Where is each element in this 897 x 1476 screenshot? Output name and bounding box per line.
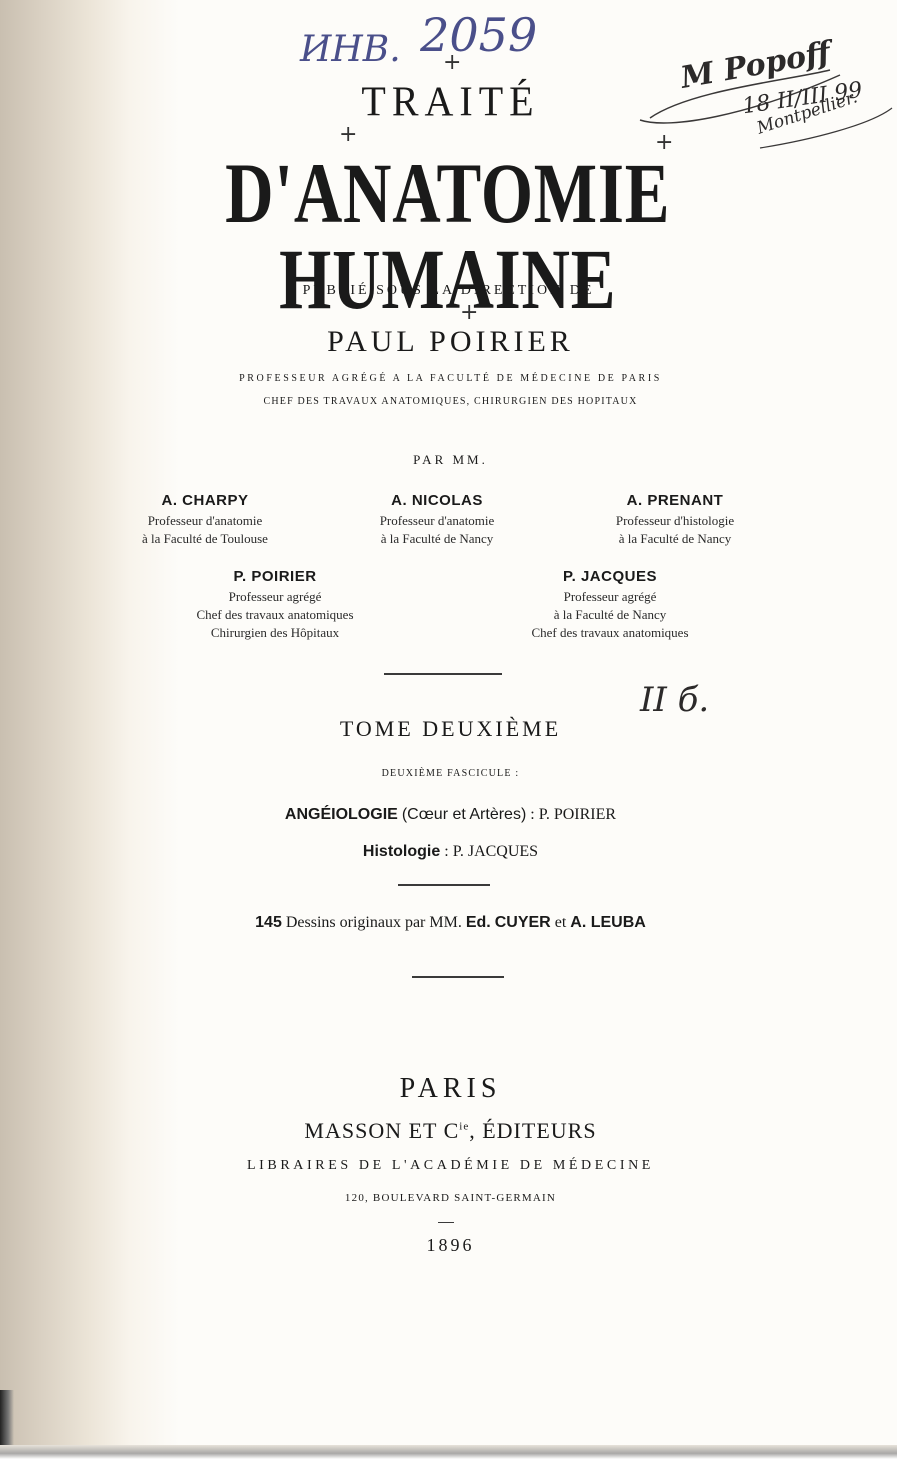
author-role: Professeur d'anatomie xyxy=(307,512,567,530)
artist2-name: A. LEUBA xyxy=(570,914,646,931)
fascicule-label: DEUXIÈME FASCICULE : xyxy=(4,768,897,779)
author-role: à la Faculté de Nancy xyxy=(307,530,567,548)
author-name: P. POIRIER xyxy=(145,566,405,588)
author-name: P. JACQUES xyxy=(480,566,740,588)
inventory-label: ИНВ. xyxy=(300,29,401,70)
inventory-annotation: ИНВ. 2059 xyxy=(300,18,537,72)
volume-annotation: II б. xyxy=(640,680,709,720)
imprint-publisher: MASSON ET Cie, ÉDITEURS xyxy=(4,1118,897,1144)
imprint-year: 1896 xyxy=(4,1235,897,1256)
author-role: à la Faculté de Nancy xyxy=(545,530,805,548)
author-role: Chef des travaux anatomiques xyxy=(145,606,405,624)
spine-shadow xyxy=(0,1390,14,1450)
inventory-number: 2059 xyxy=(420,8,537,62)
tome-heading: TOME DEUXIÈME xyxy=(4,716,897,742)
imprint-address: 120, BOULEVARD SAINT-GERMAIN xyxy=(4,1192,897,1204)
section-title: ANGÉIOLOGIE xyxy=(285,806,398,823)
illustration-count: 145 xyxy=(255,914,282,931)
divider-rule xyxy=(398,884,490,886)
pencil-cross-mark: + xyxy=(443,50,461,75)
author-name: A. PRENANT xyxy=(545,490,805,512)
section-author: : P. POIRIER xyxy=(530,806,616,823)
author-role: à la Faculté de Nancy xyxy=(480,606,740,624)
divider-rule xyxy=(412,976,504,978)
author-role: à la Faculté de Toulouse xyxy=(75,530,335,548)
director-credential-1: PROFESSEUR AGRÉGÉ A LA FACULTÉ DE MÉDECI… xyxy=(4,373,897,384)
section-detail: (Cœur et Artères) xyxy=(402,806,526,823)
author-role: Professeur agrégé xyxy=(480,588,740,606)
direction-intro: PUBLIÉ SOUS LA DIRECTION DE xyxy=(0,283,897,299)
page-bottom-edge xyxy=(0,1445,897,1459)
author-jacques: P. JACQUES Professeur agrégé à la Facult… xyxy=(480,566,740,642)
author-role: Chef des travaux anatomiques xyxy=(480,624,740,642)
imprint-libraires: LIBRAIRES DE L'ACADÉMIE DE MÉDECINE xyxy=(4,1158,897,1174)
author-name: A. CHARPY xyxy=(75,490,335,512)
author-poirier: P. POIRIER Professeur agrégé Chef des tr… xyxy=(145,566,405,642)
director-credential-2: CHEF DES TRAVAUX ANATOMIQUES, CHIRURGIEN… xyxy=(4,396,897,407)
author-charpy: A. CHARPY Professeur d'anatomie à la Fac… xyxy=(75,490,335,548)
illustration-text: Dessins originaux par MM. xyxy=(286,914,462,931)
conjunction: et xyxy=(555,914,567,931)
author-name: A. NICOLAS xyxy=(307,490,567,512)
section-title: Histologie xyxy=(363,843,440,860)
divider-dash xyxy=(438,1222,454,1223)
author-nicolas: A. NICOLAS Professeur d'anatomie à la Fa… xyxy=(307,490,567,548)
section-angeiologie: ANGÉIOLOGIE (Cœur et Artères) : P. POIRI… xyxy=(4,806,897,824)
authors-intro: PAR MM. xyxy=(4,452,897,468)
scan-margin xyxy=(0,1459,897,1476)
artist1-prefix: Ed. xyxy=(466,914,491,931)
divider-rule xyxy=(384,673,502,675)
author-role: Chirurgien des Hôpitaux xyxy=(145,624,405,642)
director-name: PAUL POIRIER xyxy=(4,325,897,359)
section-author: : P. JACQUES xyxy=(444,843,538,860)
author-role: Professeur d'anatomie xyxy=(75,512,335,530)
artist1-name: CUYER xyxy=(495,914,551,931)
imprint-city: PARIS xyxy=(4,1073,897,1105)
author-role: Professeur d'histologie xyxy=(545,512,805,530)
illustrations-credit: 145 Dessins originaux par MM. Ed. CUYER … xyxy=(4,914,897,932)
author-role: Professeur agrégé xyxy=(145,588,405,606)
section-histologie: Histologie : P. JACQUES xyxy=(4,843,897,861)
title-line-1: TRAITÉ xyxy=(4,77,897,126)
author-prenant: A. PRENANT Professeur d'histologie à la … xyxy=(545,490,805,548)
